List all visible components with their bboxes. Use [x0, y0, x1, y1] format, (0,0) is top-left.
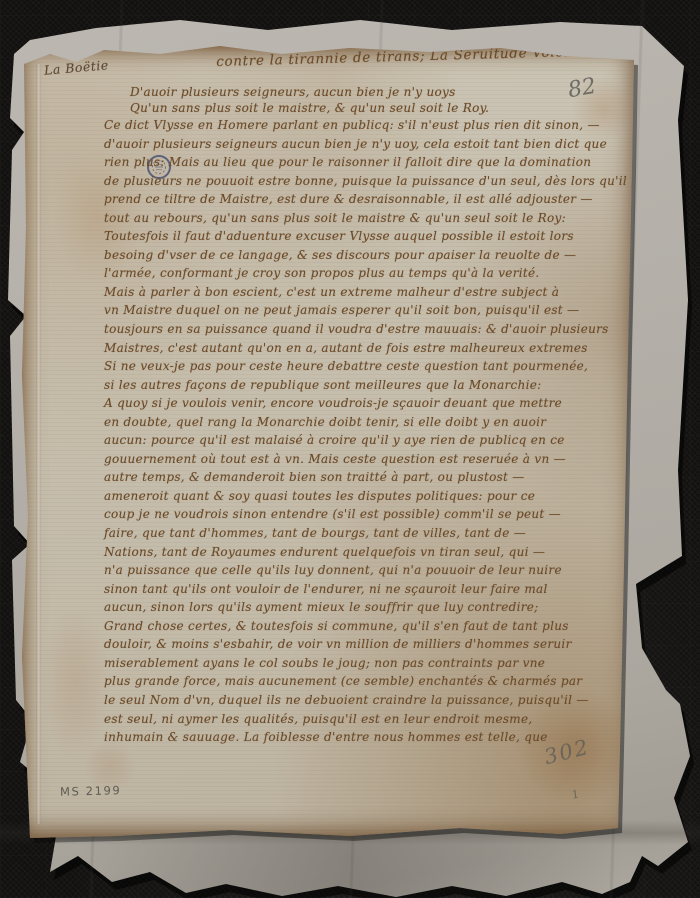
manuscript-line: besoing d'vser de ce langage, & ses disc… — [90, 246, 635, 265]
manuscript-line: aucun, sinon lors qu'ils ayment mieux le… — [90, 598, 635, 617]
photograph-background: La Boëtie contre la tirannie de tirans; … — [0, 0, 700, 898]
manuscript-line: n'a puissance que celle qu'ils luy donne… — [90, 561, 635, 580]
pencil-shelfmark: MS 2199 — [60, 783, 122, 799]
manuscript-page: La Boëtie contre la tirannie de tirans; … — [20, 46, 642, 840]
manuscript-line: coup je ne voudrois sinon entendre (s'il… — [90, 505, 635, 524]
manuscript-line: Grand chose certes, & toutesfois si comm… — [90, 617, 635, 636]
manuscript-line: l'armée, conformant je croy son propos p… — [90, 264, 635, 283]
manuscript-line: sinon tant qu'ils ont vouloir de l'endur… — [90, 580, 635, 599]
manuscript-line: plus grande force, mais aucunement (ce s… — [90, 672, 635, 691]
manuscript-line: faire, que tant d'hommes, tant de bourgs… — [90, 524, 635, 543]
manuscript-line: Mais à parler à bon escient, c'est un ex… — [90, 283, 635, 302]
manuscript-line: A quoy si je voulois venir, encore voudr… — [90, 394, 635, 413]
manuscript-line: Ce dict Vlysse en Homere parlant en publ… — [90, 116, 635, 135]
manuscript-line: Qu'un sans plus soit le maistre, & qu'un… — [90, 100, 635, 116]
manuscript-line: autre temps, & demanderoit bien son trai… — [90, 468, 635, 487]
binding-crease — [36, 64, 41, 824]
manuscript-line: Si ne veux-je pas pour ceste heure debat… — [90, 357, 635, 376]
manuscript-line: Toutesfois il faut d'aduenture excuser V… — [90, 227, 635, 246]
manuscript-line: tout au rebours, qu'un sans plus soit le… — [90, 209, 635, 228]
manuscript-line: vn Maistre duquel on ne peut jamais espe… — [90, 301, 635, 320]
manuscript-line: gouuernement où tout est à vn. Mais cest… — [90, 450, 635, 469]
manuscript-line: Nations, tant de Royaumes endurent quelq… — [90, 543, 635, 562]
manuscript-line: ameneroit quant & soy quasi toutes les d… — [90, 487, 635, 506]
manuscript-line: le seul Nom d'vn, duquel ils ne debuoien… — [90, 691, 635, 710]
manuscript-line: Maistres, c'est autant qu'on en a, autan… — [90, 339, 635, 358]
manuscript-line: est seul, ni aymer les qualités, puisqu'… — [90, 710, 635, 729]
manuscript-line: rien plus: Mais au lieu que pour le rais… — [90, 153, 635, 172]
pencil-small-mark: 1 — [570, 787, 581, 802]
manuscript-line: miserablement ayans le col soubs le joug… — [90, 654, 635, 673]
manuscript-line: de plusieurs ne pouuoit estre bonne, pui… — [90, 172, 635, 191]
manuscript-line: d'auoir plusieurs seigneurs aucun bien j… — [90, 135, 635, 154]
manuscript-line: en doubte, quel rang la Monarchie doibt … — [90, 413, 635, 432]
manuscript-line: tousjours en sa puissance quand il voudr… — [90, 320, 635, 339]
manuscript-line: aucun: pource qu'il est malaisé à croire… — [90, 431, 635, 450]
manuscript-line: prend ce tiltre de Maistre, est dure & d… — [90, 190, 635, 209]
manuscript-line: si les autres façons de republique sont … — [90, 376, 635, 395]
manuscript-text-block: D'auoir plusieurs seigneurs, aucun bien … — [90, 84, 635, 747]
manuscript-line: D'auoir plusieurs seigneurs, aucun bien … — [90, 84, 635, 100]
manuscript-line: douloir, & moins s'esbahir, de voir vn m… — [90, 635, 635, 654]
